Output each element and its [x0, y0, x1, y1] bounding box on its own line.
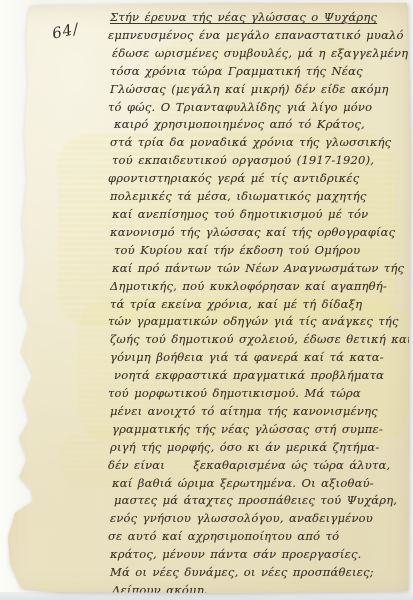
manuscript-line: εμπνευσμένος ένα μεγάλο επαναστατικό μυα… [108, 27, 408, 45]
manuscript-line: τού Κυρίου καί τήν έκδοση τού Ομήρου [114, 242, 408, 260]
manuscript-line: ενός γνήσιου γλωσσολόγου, αναδειγμένου [110, 510, 408, 528]
manuscript-line: μένει ανοιχτό τό αίτημα τής κανονισμένης [110, 403, 408, 421]
manuscript-paper: 64/ Στήν έρευνα τής νέας γλώσσας ο Ψυχάρ… [0, 0, 413, 600]
manuscript-text-block: Στήν έρευνα τής νέας γλώσσας ο Ψυχάρηςεμ… [110, 9, 408, 600]
manuscript-line: καί ανεπίσημος τού δημοτικισμού μέ τόν [112, 206, 408, 224]
manuscript-line: Μά οι νέες δυνάμες, οι νέες προσπάθειες; [110, 564, 408, 582]
manuscript-line: ριγή τής μορφής, όσο κι άν μερικά ζητήμα… [110, 439, 408, 457]
manuscript-line: Γλώσσας (μεγάλη καί μικρή) δέν είδε ακόμ… [110, 81, 408, 99]
manuscript-line: στά τρία δα μοναδικά χρόνια τής γλωσσική… [110, 134, 408, 152]
manuscript-line: κράτος, μένουν πάντα σάν προεργασίες. [110, 546, 408, 564]
manuscript-paper-wrapper: 64/ Στήν έρευνα τής νέας γλώσσας ο Ψυχάρ… [0, 0, 413, 600]
manuscript-line: μαστες μά άταχτες προσπάθειες τού Ψυχάρη… [114, 492, 408, 510]
scanned-manuscript-screenshot: { "page": { "number": "64/" }, "manuscri… [0, 0, 413, 600]
manuscript-line: καιρό χρησιμοποιημένος από τό Κράτος, [114, 116, 408, 134]
manuscript-line: τών γραμματικών οδηγών γιά τίς ανάγκες τ… [108, 313, 408, 331]
manuscript-line: κανονισμό τής γλώσσας καί τής ορθογραφία… [110, 224, 408, 242]
manuscript-line: φροντιστηριακός γερά μέ τίς αντιδρικές [108, 170, 408, 188]
manuscript-line: Δημοτικής, πού κυκλοφόρησαν καί αγαπηθή- [110, 278, 408, 296]
manuscript-line: ζωής τού δημοτικού σχολειού, έδωσε θετικ… [110, 331, 408, 349]
manuscript-line: τού μορφωτικού δημοτικισμού. Μά τώρα [108, 385, 408, 403]
manuscript-line: πολεμικές τά μέσα, ιδιωματικός μαχητής [110, 188, 408, 206]
manuscript-line: καί πρό πάντων τών Νέων Αναγνωσμάτων τής [112, 260, 408, 278]
manuscript-line: τό φώς. Ο Τριανταφυλλίδης γιά λίγο μόνο [108, 99, 408, 117]
manuscript-line: τά τρία εκείνα χρόνια, καί μέ τή δίδαξη [110, 296, 408, 314]
manuscript-line: τόσα χρόνια τώρα Γραμματική τής Νέας [110, 63, 408, 81]
manuscript-line: σε αυτό καί αχρησιμοποίητου από τό [108, 528, 408, 546]
manuscript-line: τού εκπαιδευτικού οργασμού (1917-1920), [112, 152, 408, 170]
manuscript-line: δέν είναι ξεκαθαρισμένα ώς τώρα άλυτα, [108, 457, 408, 475]
manuscript-heading-line: Στήν έρευνα τής νέας γλώσσας ο Ψυχάρης [110, 9, 408, 27]
manuscript-line: Λείπουν ακόμη. [112, 582, 408, 600]
manuscript-line: νοητά εκφραστικά πραγματικά προβλήματα [114, 367, 408, 385]
manuscript-line: καί βαθιά ώριμα ξερωτημένα. Οι αξιοθαύ- [112, 475, 408, 493]
manuscript-line: γόνιμη βοήθεια γιά τά φανερά καί τά κατα… [110, 349, 408, 367]
manuscript-line: έδωσε ωρισμένες συμβουλές, μά η εξαγγελμ… [112, 45, 408, 63]
manuscript-line: γραμματικής τής νέας γλώσσας στή συμπε- [112, 421, 408, 439]
